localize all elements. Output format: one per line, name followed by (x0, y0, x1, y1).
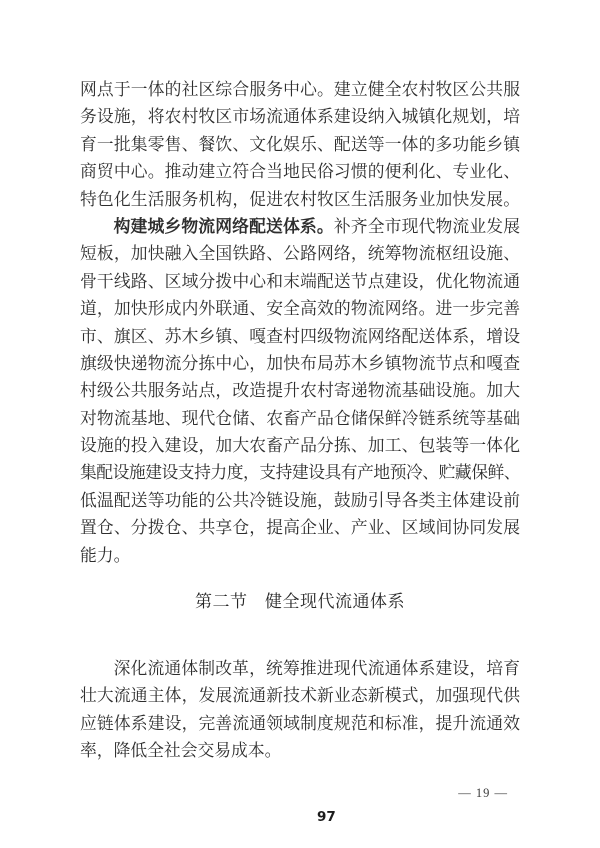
text-line: 深化流通体制改革，统筹推进现代流通体系建设，培育 (80, 655, 520, 682)
text-line: 市、旗区、苏木乡镇、嘎查村四级物流网络配送体系，增设 (80, 323, 520, 350)
text-line: 短板，加快融入全国铁路、公路网络，统筹物流枢纽设施、 (80, 240, 520, 267)
text-line: 商贸中心。推动建立符合当地民俗习惯的便利化、专业化、 (80, 158, 520, 185)
text-line: 骨干线路、区域分拨中心和末端配送节点建设，优化物流通 (80, 268, 520, 295)
paragraph-circulation-reform: 深化流通体制改革，统筹推进现代流通体系建设，培育壮大流通主体，发展流通新技术新业… (80, 655, 520, 765)
section-heading: 第二节 健全现代流通体系 (80, 588, 520, 615)
text-line: 道，加快形成内外联通、安全高效的物流网络。进一步完善 (80, 295, 520, 322)
paragraph-urban-rural-logistics: 构建城乡物流网络配送体系。补齐全市现代物流业发展短板，加快融入全国铁路、公路网络… (80, 213, 520, 569)
text-line: 特色化生活服务机构，促进农村牧区生活服务业加快发展。 (80, 186, 520, 213)
paragraph-community-services-continuation: 网点于一体的社区综合服务中心。建立健全农村牧区公共服务设施，将农村牧区市场流通体… (80, 76, 520, 213)
text-line: 务设施，将农村牧区市场流通体系建设纳入城镇化规划，培 (80, 103, 520, 130)
text-line: 对物流基地、现代仓储、农畜产品仓储保鲜冷链系统等基础 (80, 405, 520, 432)
text-line: 构建城乡物流网络配送体系。补齐全市现代物流业发展 (80, 213, 520, 240)
pdf-page-number: 97 (317, 809, 336, 825)
text-line: 能力。 (80, 542, 520, 569)
text-line: 网点于一体的社区综合服务中心。建立健全农村牧区公共服 (80, 76, 520, 103)
text-line: 集配设施建设支持力度，支持建设具有产地预冷、贮藏保鲜、 (80, 459, 520, 486)
text-line: 应链体系建设，完善流通领域制度规范和标准，提升流通效 (80, 710, 520, 737)
text-line: 率，降低全社会交易成本。 (80, 737, 520, 764)
text-line: 设施的投入建设，加大农畜产品分拣、加工、包装等一体化 (80, 432, 520, 459)
bold-lead: 构建城乡物流网络配送体系。 (114, 217, 334, 236)
document-page-number: — 19 — (458, 786, 508, 801)
document-page: 网点于一体的社区综合服务中心。建立健全农村牧区公共服务设施，将农村牧区市场流通体… (0, 0, 600, 848)
text-line: 村级公共服务站点，改造提升农村寄递物流基础设施。加大 (80, 377, 520, 404)
text-line: 置仓、分拨仓、共享仓，提高企业、产业、区域间协同发展 (80, 514, 520, 541)
text-line: 育一批集零售、餐饮、文化娱乐、配送等一体的多功能乡镇 (80, 131, 520, 158)
text-line: 壮大流通主体，发展流通新技术新业态新模式，加强现代供 (80, 682, 520, 709)
body-text: 网点于一体的社区综合服务中心。建立健全农村牧区公共服务设施，将农村牧区市场流通体… (80, 76, 520, 765)
text-line: 低温配送等功能的公共冷链设施，鼓励引导各类主体建设前 (80, 487, 520, 514)
text-line: 旗级快递物流分拣中心，加快布局苏木乡镇物流节点和嘎查 (80, 350, 520, 377)
